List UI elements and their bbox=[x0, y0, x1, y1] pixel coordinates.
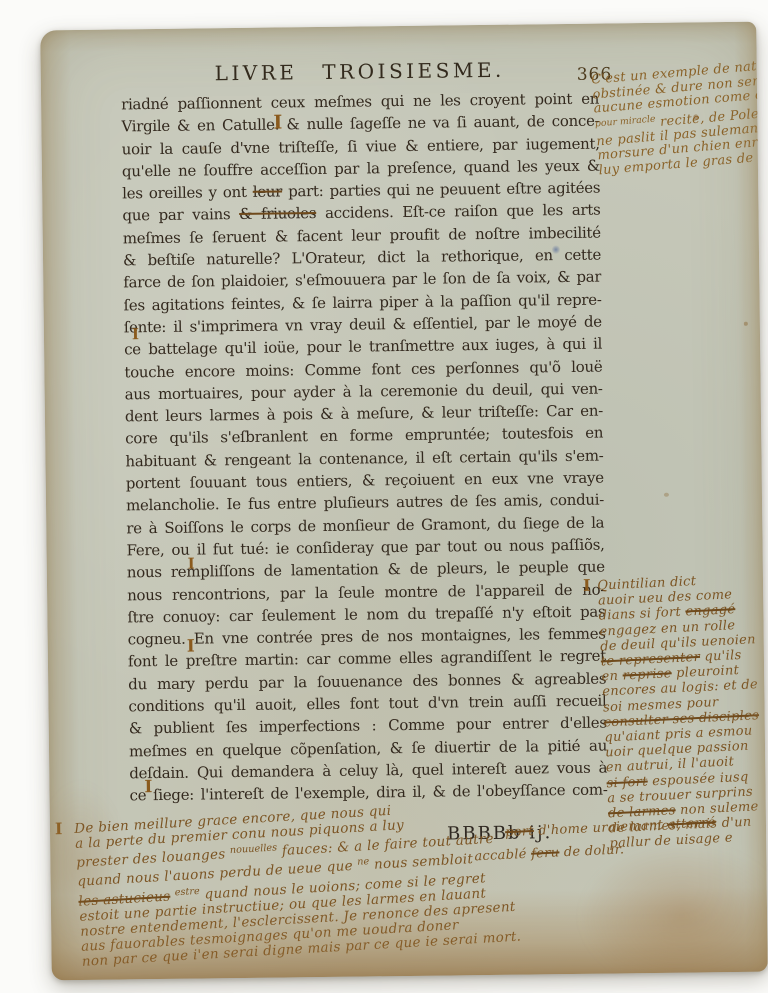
running-title: LIVRE TROISIESME. bbox=[121, 57, 599, 87]
annotation-top-right-margin: C'est un exemple de natu obstinée & dure… bbox=[591, 55, 768, 179]
ink-insertion-mark: I bbox=[583, 576, 591, 595]
foxing-speck bbox=[664, 493, 669, 497]
ink-insertion-mark: I bbox=[55, 819, 63, 838]
ink-insertion-mark: I bbox=[144, 777, 152, 797]
ink-insertion-mark: I bbox=[188, 555, 195, 573]
paper-edge-browning bbox=[40, 22, 756, 53]
printed-text-block: riadné paſſionnent ceux meſmes qui ne le… bbox=[121, 88, 608, 807]
annotation-bottom-margin: De bien meillure grace encore, que nous … bbox=[74, 790, 642, 970]
book-page-paper: LIVRE TROISIESME. 366 riadné paſſionnent… bbox=[40, 22, 768, 981]
ink-insertion-mark: I bbox=[273, 111, 282, 133]
ink-insertion-mark: I bbox=[132, 325, 139, 343]
foxing-speck bbox=[744, 322, 748, 326]
scanned-page-background: LIVRE TROISIESME. 366 riadné paſſionnent… bbox=[0, 0, 768, 993]
ink-insertion-mark: I bbox=[187, 637, 195, 657]
